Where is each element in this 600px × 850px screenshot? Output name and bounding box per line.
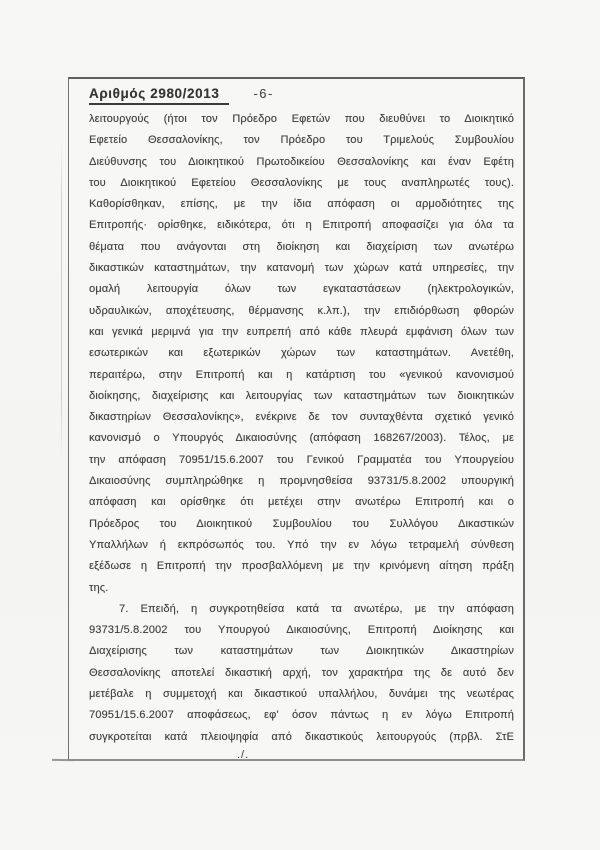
- text-line: Διαχείρισης των καταστημάτων των Διοικητ…: [89, 641, 514, 662]
- text-line: διοίκησης, διαχείρισης και λειτουργίας τ…: [89, 386, 514, 407]
- text-line: Υπαλλήλων ή εκπρόσωπός του. Υπό την εν λ…: [89, 535, 514, 556]
- continuation-mark: ./.: [89, 748, 523, 763]
- text-line: περαιτέρω, στην Επιτροπή και η κατάρτιση…: [89, 365, 514, 386]
- page-frame: Αριθμός 2980/2013 -6- λειτουργούς (ήτοι …: [68, 77, 525, 761]
- decision-number: Αριθμός 2980/2013: [89, 86, 229, 105]
- text-line: Καθορίσθηκαν, επίσης, με την ίδια απόφασ…: [89, 194, 514, 215]
- text-line: και γενικά μεριμνά για την ευπρεπή από κ…: [89, 322, 514, 343]
- text-line: δικαστικών καταστημάτων, την κατανομή τω…: [89, 258, 514, 279]
- text-line: 70951/15.6.2007 αποφάσεως, εφ' όσον πάντ…: [89, 705, 514, 726]
- text-line: κανονισμό ο Υπουργός Δικαιοσύνης (απόφασ…: [89, 428, 514, 449]
- text-line: μετέβαλε η συμμετοχή και δικαστικού υπαλ…: [89, 684, 514, 705]
- text-line: απόφαση και ορίσθηκε ότι μετέχει στην αν…: [89, 492, 514, 513]
- page-header: Αριθμός 2980/2013 -6-: [89, 86, 523, 105]
- text-line: Εφετείο Θεσσαλονίκης, τον Πρόεδρο του Τρ…: [89, 130, 514, 151]
- text-line: υδραυλικών, αποχέτευσης, θέρμανσης κ.λπ.…: [89, 301, 514, 322]
- text-line: 7. Επειδή, η συγκροτηθείσα κατά τα ανωτέ…: [89, 599, 514, 620]
- text-line: λειτουργούς (ήτοι τον Πρόεδρο Εφετών που…: [89, 109, 514, 130]
- text-line: του Διοικητικού Εφετείου Θεσσαλονίκης με…: [89, 173, 514, 194]
- text-line: εσωτερικών και εξωτερικών χώρων των κατα…: [89, 343, 514, 364]
- text-line: εξέδωσε η Επιτροπή την προσβαλλόμενη με …: [89, 556, 514, 577]
- text-line: συγκροτείται κατά πλειοψηφία από δικαστι…: [89, 727, 514, 748]
- scanned-document-page: Αριθμός 2980/2013 -6- λειτουργούς (ήτοι …: [0, 0, 600, 850]
- text-line: της.: [89, 578, 514, 599]
- text-line: Πρόεδρος του Διοικητικού Συμβουλίου του …: [89, 514, 514, 535]
- scan-edge-artifact: [61, 140, 62, 460]
- text-line: Επιτροπής· ορίσθηκε, ειδικότερα, ότι η Ε…: [89, 215, 514, 236]
- text-line: ομαλή λειτουργία όλων των εγκαταστάσεων …: [89, 279, 514, 300]
- text-line: Διεύθυνσης του Διοικητικού Πρωτοδικείου …: [89, 152, 514, 173]
- text-line: θέματα που ανάγονται στη διοίκηση και δι…: [89, 237, 514, 258]
- text-line: 93731/5.8.2002 του Υπουργού Δικαιοσύνης,…: [89, 620, 514, 641]
- page-number: -6-: [253, 86, 273, 101]
- text-line: την απόφαση 70951/15.6.2007 του Γενικού …: [89, 450, 514, 471]
- body-lines: λειτουργούς (ήτοι τον Πρόεδρο Εφετών που…: [89, 109, 514, 748]
- text-line: Θεσσαλονίκης αποτελεί δικαστική αρχή, το…: [89, 663, 514, 684]
- text-line: δικαστηρίων Θεσσαλονίκης», ενέκρινε δε τ…: [89, 407, 514, 428]
- text-line: Δικαιοσύνης συμπληρώθηκε η προμνησθείσα …: [89, 471, 514, 492]
